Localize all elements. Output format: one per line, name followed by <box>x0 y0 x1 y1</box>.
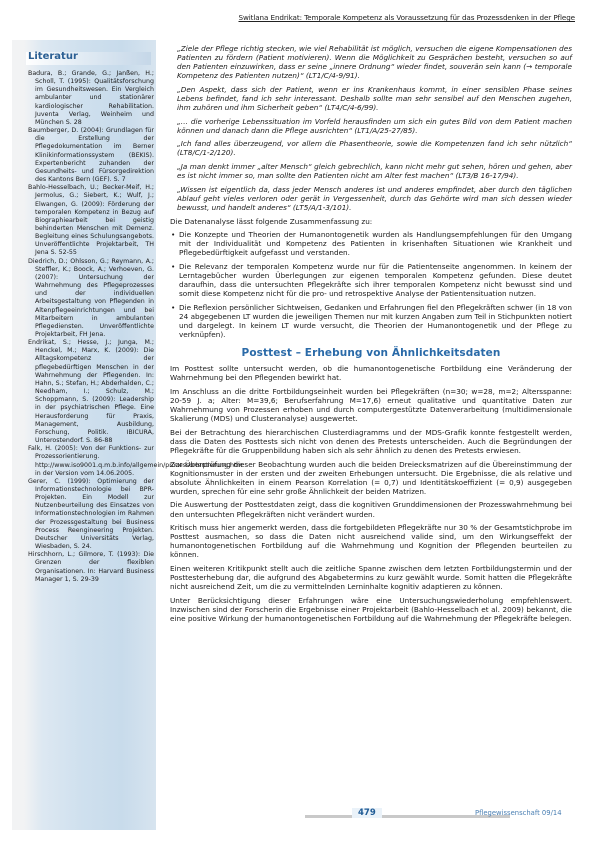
bullet-icon: • <box>171 262 175 271</box>
quote: „Ziele der Pflege richtig stecken, wie v… <box>177 44 572 80</box>
reference-item: Bahlo-Hesselbach, U.; Becker-Meif, H.; J… <box>28 184 154 257</box>
references-title: Literatur <box>28 51 78 62</box>
references-list: Badura, B.; Grande, G.; Janßen, H.; Scho… <box>28 70 154 584</box>
quote: „Ja man denkt immer „alter Mensch“ gleic… <box>177 162 572 180</box>
reference-item: Badura, B.; Grande, G.; Janßen, H.; Scho… <box>28 70 154 127</box>
paragraph: Kritisch muss hier angemerkt werden, das… <box>170 523 572 559</box>
paragraph: Zur Überprüfung dieser Beobachtung wurde… <box>170 460 572 496</box>
references-sidebar: Literatur Badura, B.; Grande, G.; Janßen… <box>12 40 156 830</box>
quote: „Den Aspekt, dass sich der Patient, wenn… <box>177 85 572 112</box>
summary-item: • Die Relevanz der temporalen Kompetenz … <box>170 262 572 298</box>
journal-name: Pflegewissenschaft 09/14 <box>475 809 562 817</box>
article-body: „Ziele der Pflege richtig stecken, wie v… <box>170 44 572 628</box>
paragraph: Im Posttest sollte untersucht werden, ob… <box>170 364 572 382</box>
paragraph: Bei der Betrachtung des hierarchischen C… <box>170 428 572 455</box>
reference-item: Gerer, C. (1999): Optimierung der Inform… <box>28 478 154 551</box>
quote: „Wissen ist eigentlich da, dass jeder Me… <box>177 185 572 212</box>
summary-item-text: Die Konzepte und Theorien der Humanontog… <box>179 230 572 257</box>
paragraph: Einen weiteren Kritikpunkt stellt auch d… <box>170 564 572 591</box>
quote: „… die vorherige Lebenssituation im Vorf… <box>177 117 572 135</box>
summary-item: • Die Konzepte und Theorien der Humanont… <box>170 230 572 257</box>
summary-intro: Die Datenanalyse lässt folgende Zusammen… <box>170 217 572 226</box>
reference-item: Diedrich, D.; Ohlsson, G.; Reymann, A.; … <box>28 258 154 340</box>
reference-item: Endrikat, S.; Hesse, J.; Junga, M.; Henc… <box>28 339 154 445</box>
reference-item: Baumberger, D. (2004): Grundlagen für di… <box>28 127 154 184</box>
paragraph: Im Anschluss an die dritte Fortbildungse… <box>170 387 572 423</box>
summary-item: • Die Reflexion persönlicher Sichtweisen… <box>170 303 572 339</box>
summary-item-text: Die Relevanz der temporalen Kompetenz wu… <box>179 262 572 298</box>
paragraph: Unter Berücksichtigung dieser Erfahrunge… <box>170 596 572 623</box>
reference-item: Hirschhorn, L.; Gilmore, T. (1993): Die … <box>28 551 154 584</box>
summary-item-text: Die Reflexion persönlicher Sichtweisen, … <box>179 303 572 339</box>
quote: „Ich fand alles überzeugend, vor allem d… <box>177 139 572 157</box>
summary-list: • Die Konzepte und Theorien der Humanont… <box>170 230 572 339</box>
paragraph: Die Auswertung der Posttestdaten zeigt, … <box>170 500 572 518</box>
reference-item: Falk, H. (2005): Von der Funktions- zur … <box>28 445 154 478</box>
page-number: 479 <box>352 808 382 818</box>
bullet-icon: • <box>171 230 175 239</box>
section-heading: Posttest – Erhebung von Ähnlichkeitsdate… <box>170 349 572 358</box>
bullet-icon: • <box>171 303 175 312</box>
running-header: Switlana Endrikat: Temporale Kompetenz a… <box>239 13 576 22</box>
